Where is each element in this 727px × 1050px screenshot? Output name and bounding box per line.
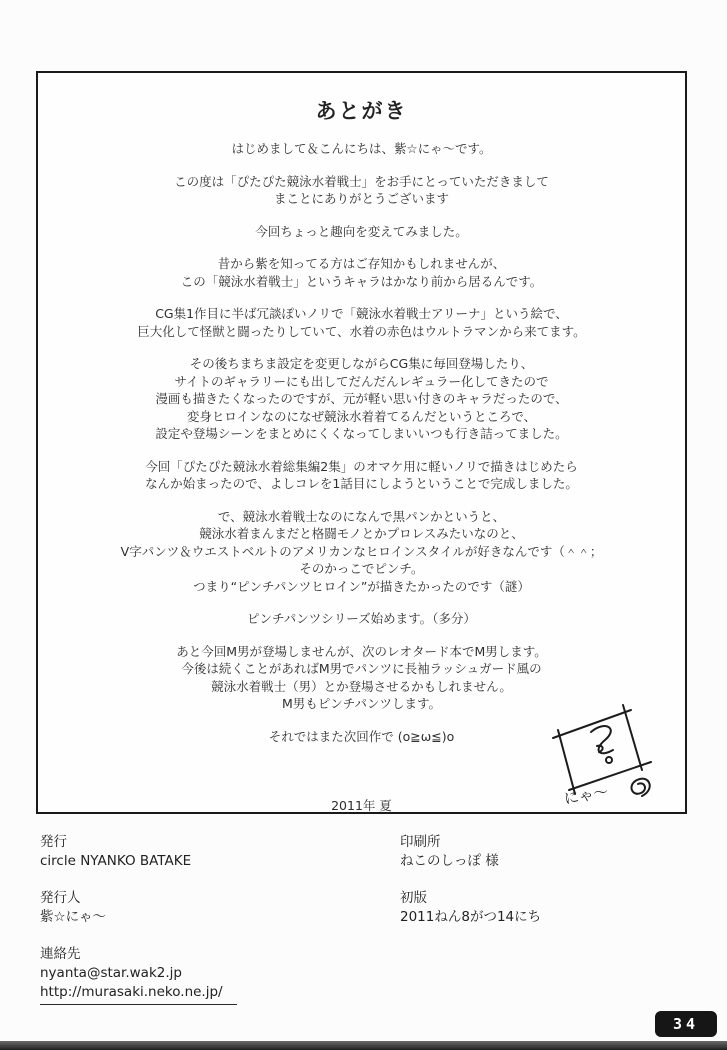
signature-box-left [558, 730, 575, 794]
publisher-value: circle NYANKO BATAKE [40, 852, 237, 871]
contact-url: http://murasaki.neko.ne.jp/ [40, 983, 237, 1005]
afterword-paragraph: ピンチパンツシリーズ始めます。（多分） [68, 610, 655, 628]
afterword-title: あとがき [38, 95, 685, 125]
publisher-person-value: 紫☆にゃ～ [40, 908, 237, 927]
printer-block: 印刷所 ねこのしっぽ 様 [400, 833, 541, 871]
colophon-right: 印刷所 ねこのしっぽ 様 初版 2011ねん8がつ14にち [400, 833, 541, 945]
edition-date: 2011ねん8がつ14にち [400, 908, 541, 927]
publisher-person-block: 発行人 紫☆にゃ～ [40, 889, 237, 927]
publisher-block: 発行 circle NYANKO BATAKE [40, 833, 237, 871]
afterword-paragraph: はじめまして＆こんにちは、紫☆にゃ～です。 [68, 140, 655, 158]
contact-block: 連絡先 nyanta@star.wak2.jp http://murasaki.… [40, 945, 237, 1005]
publisher-person-label: 発行人 [40, 889, 237, 908]
signature-maru [606, 757, 612, 763]
afterword-paragraph: この度は「ぴたぴた競泳水着戦士」をお手にとっていただきまして まことにありがとう… [68, 173, 655, 208]
publisher-label: 発行 [40, 833, 237, 852]
signature-box-top [553, 710, 631, 738]
afterword-paragraph: 昔から紫を知ってる方はご存知かもしれませんが、 この「競泳水着戦士」というキャラ… [68, 255, 655, 290]
afterword-paragraph: 今回ちょっと趣向を変えてみました。 [68, 223, 655, 241]
edition-block: 初版 2011ねん8がつ14にち [400, 889, 541, 927]
page-number-badge: 34 [655, 1011, 717, 1037]
signature-box-right [623, 705, 642, 770]
scan-edge-bar [0, 1041, 727, 1050]
signature-doodle: にゃ～ [539, 698, 657, 810]
contact-email: nyanta@star.wak2.jp [40, 964, 237, 983]
signature-spiral [631, 779, 649, 796]
contact-label: 連絡先 [40, 945, 237, 964]
afterword-paragraph: で、競泳水着戦士なのになんで黒パンかというと、 競泳水着まんまだと格闘モノとかプ… [68, 508, 655, 596]
edition-label: 初版 [400, 889, 541, 908]
printer-value: ねこのしっぽ 様 [400, 852, 541, 871]
afterword-paragraph: 今回「ぴたぴた競泳水着総集編2集」のオマケ用に軽いノリで描きはじめたら なんか始… [68, 458, 655, 493]
signature-text: にゃ～ [563, 782, 610, 807]
printer-label: 印刷所 [400, 833, 541, 852]
afterword-box: あとがき はじめまして＆こんにちは、紫☆にゃ～です。 この度は「ぴたぴた競泳水着… [36, 71, 687, 814]
afterword-paragraph: CG集1作目に半ば冗談ぽいノリで「競泳水着戦士アリーナ」という絵で、 巨大化して… [68, 305, 655, 340]
colophon-left: 発行 circle NYANKO BATAKE 発行人 紫☆にゃ～ 連絡先 ny… [40, 833, 237, 1023]
signature-box-bottom [569, 762, 651, 790]
afterword-paragraph: その後ちまちま設定を変更しながらCG集に毎回登場したり、 サイトのギャラリーにも… [68, 355, 655, 443]
